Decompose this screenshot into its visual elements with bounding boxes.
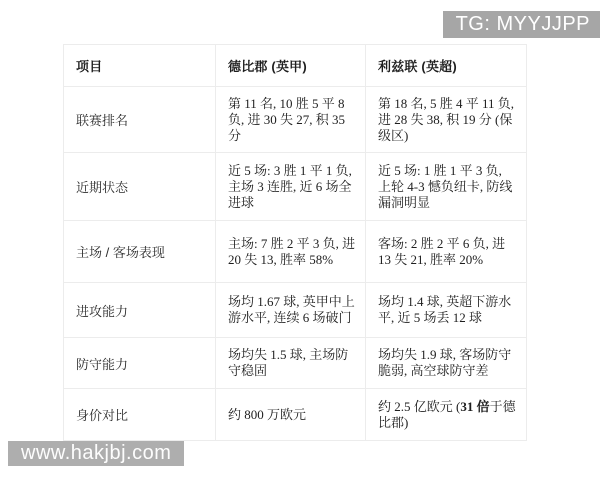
row-label: 身价对比 [64, 389, 216, 441]
derby-value: 约 800 万欧元 [216, 389, 366, 441]
col-header-item: 项目 [64, 45, 216, 87]
price-multiple: 31 倍 [460, 399, 489, 414]
derby-value: 第 11 名, 10 胜 5 平 8 负, 进 30 失 27, 积 35 分 [216, 87, 366, 153]
row-label: 近期状态 [64, 153, 216, 221]
table-row-recent-form: 近期状态 近 5 场: 3 胜 1 平 1 负, 主场 3 连胜, 近 6 场全… [64, 153, 527, 221]
row-label: 防守能力 [64, 338, 216, 389]
derby-value: 近 5 场: 3 胜 1 平 1 负, 主场 3 连胜, 近 6 场全进球 [216, 153, 366, 221]
screenshot-root: TG: MYYJJPP 项目 德比郡 (英甲) 利兹联 (英超) 联赛排名 第 … [0, 0, 600, 480]
table-row-home-away: 主场 / 客场表现 主场: 7 胜 2 平 3 负, 进 20 失 13, 胜率… [64, 221, 527, 283]
leeds-value: 场均 1.4 球, 英超下游水平, 近 5 场丢 12 球 [366, 283, 527, 338]
table-header-row: 项目 德比郡 (英甲) 利兹联 (英超) [64, 45, 527, 87]
leeds-value: 客场: 2 胜 2 平 6 负, 进 13 失 21, 胜率 20% [366, 221, 527, 283]
derby-value: 场均失 1.5 球, 主场防守稳固 [216, 338, 366, 389]
row-label: 进攻能力 [64, 283, 216, 338]
leeds-value: 约 2.5 亿欧元 (31 倍于德比郡) [366, 389, 527, 441]
leeds-value: 场均失 1.9 球, 客场防守脆弱, 高空球防守差 [366, 338, 527, 389]
leeds-value: 近 5 场: 1 胜 1 平 3 负, 上轮 4-3 憾负纽卡, 防线漏洞明显 [366, 153, 527, 221]
table-row-attack: 进攻能力 场均 1.67 球, 英甲中上游水平, 连续 6 场破门 场均 1.4… [64, 283, 527, 338]
watermark-top-right: TG: MYYJJPP [443, 11, 600, 38]
derby-value: 主场: 7 胜 2 平 3 负, 进 20 失 13, 胜率 58% [216, 221, 366, 283]
col-header-derby: 德比郡 (英甲) [216, 45, 366, 87]
col-header-leeds: 利兹联 (英超) [366, 45, 527, 87]
table-row-defense: 防守能力 场均失 1.5 球, 主场防守稳固 场均失 1.9 球, 客场防守脆弱… [64, 338, 527, 389]
table-row-market-value: 身价对比 约 800 万欧元 约 2.5 亿欧元 (31 倍于德比郡) [64, 389, 527, 441]
watermark-bottom-left: www.hakjbj.com [8, 441, 184, 466]
row-label: 联赛排名 [64, 87, 216, 153]
team-comparison-table: 项目 德比郡 (英甲) 利兹联 (英超) 联赛排名 第 11 名, 10 胜 5… [63, 44, 527, 441]
row-label: 主场 / 客场表现 [64, 221, 216, 283]
table-row-league-rank: 联赛排名 第 11 名, 10 胜 5 平 8 负, 进 30 失 27, 积 … [64, 87, 527, 153]
derby-value: 场均 1.67 球, 英甲中上游水平, 连续 6 场破门 [216, 283, 366, 338]
leeds-value: 第 18 名, 5 胜 4 平 11 负, 进 28 失 38, 积 19 分 … [366, 87, 527, 153]
price-prefix: 约 2.5 亿欧元 ( [378, 399, 460, 414]
